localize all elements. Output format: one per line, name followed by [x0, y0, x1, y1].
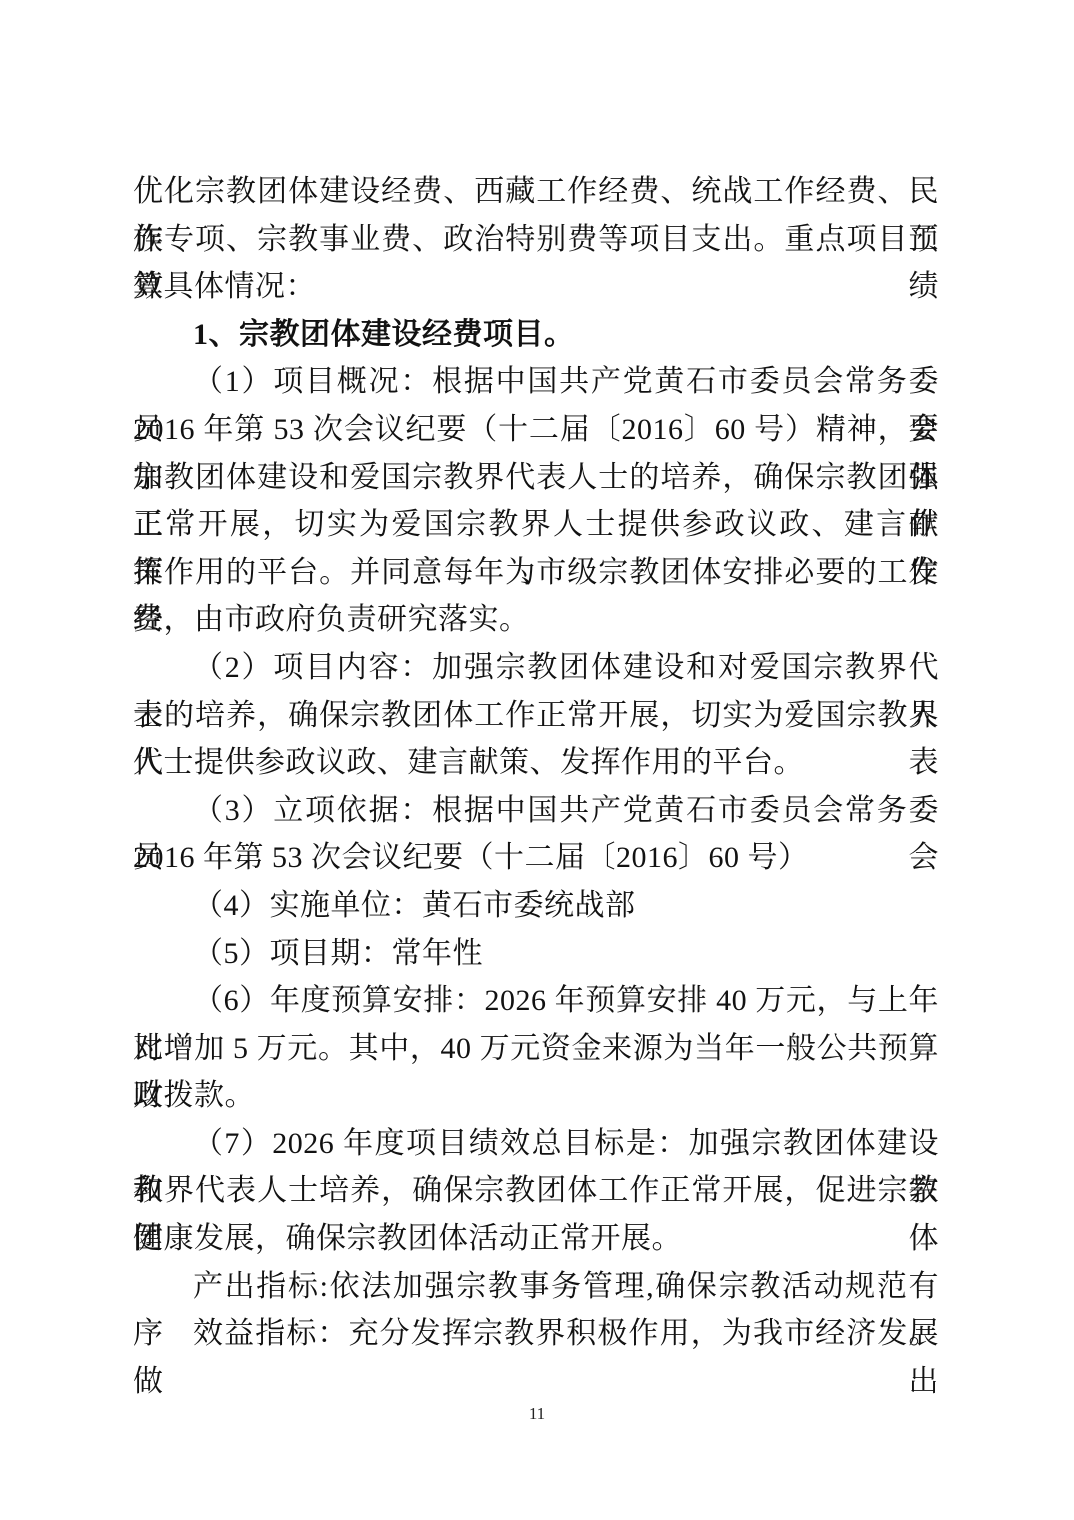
document-line: 费，由市政府负责研究落实。 — [133, 596, 939, 644]
document-line: 挥作用的平台。并同意每年为市级宗教团体安排必要的工作经 — [133, 549, 939, 597]
document-line: 效益指标：充分发挥宗教界积极作用，为我市经济发展做出 — [133, 1310, 939, 1358]
document-line: （6）年度预算安排：2026 年预算安排 40 万元，与上年对 — [133, 977, 939, 1025]
document-line: （1）项目概况：根据中国共产党黄石市委员会常务委员会 — [133, 358, 939, 406]
document-page: 优化宗教团体建设经费、西藏工作经费、统战工作经费、民族工 作专项、宗教事业费、政… — [0, 0, 1074, 1520]
document-line: 比增加 5 万元。其中，40 万元资金来源为当年一般公共预算财 — [133, 1025, 939, 1073]
document-line: 宗教团体建设和爱国宗教界代表人士的培养，确保宗教团体工作 — [133, 454, 939, 502]
document-line: （2）项目内容：加强宗教团体建设和对爱国宗教界代表人 — [133, 644, 939, 692]
document-line: 教界代表人士培养，确保宗教团体工作正常开展，促进宗教团体 — [133, 1167, 939, 1215]
document-line: 2016 年第 53 次会议纪要（十二届〔2016〕60 号）精神，要加强 — [133, 406, 939, 454]
document-line: 作专项、宗教事业费、政治特别费等项目支出。重点项目预算绩 — [133, 216, 939, 264]
document-line: 政拨款。 — [133, 1072, 939, 1120]
document-line: 士的培养，确保宗教团体工作正常开展，切实为爱国宗教界代表 — [133, 692, 939, 740]
document-line: 优化宗教团体建设经费、西藏工作经费、统战工作经费、民族工 — [133, 168, 939, 216]
document-line: （7）2026 年度项目绩效总目标是：加强宗教团体建设和宗 — [133, 1120, 939, 1168]
document-line: （4）实施单位：黄石市委统战部 — [133, 882, 939, 930]
document-line: （3）立项依据：根据中国共产党黄石市委员会常务委员会 — [133, 787, 939, 835]
document-line: （5）项目期：常年性 — [133, 930, 939, 978]
page-number: 11 — [0, 1402, 1074, 1426]
document-body: 优化宗教团体建设经费、西藏工作经费、统战工作经费、民族工 作专项、宗教事业费、政… — [133, 168, 939, 1358]
section-heading: 1、宗教团体建设经费项目。 — [133, 311, 939, 359]
document-line: 产出指标:依法加强宗教事务管理,确保宗教活动规范有序。 — [133, 1263, 939, 1311]
document-line: 正常开展，切实为爱国宗教界人士提供参政议政、建言献策、发 — [133, 501, 939, 549]
